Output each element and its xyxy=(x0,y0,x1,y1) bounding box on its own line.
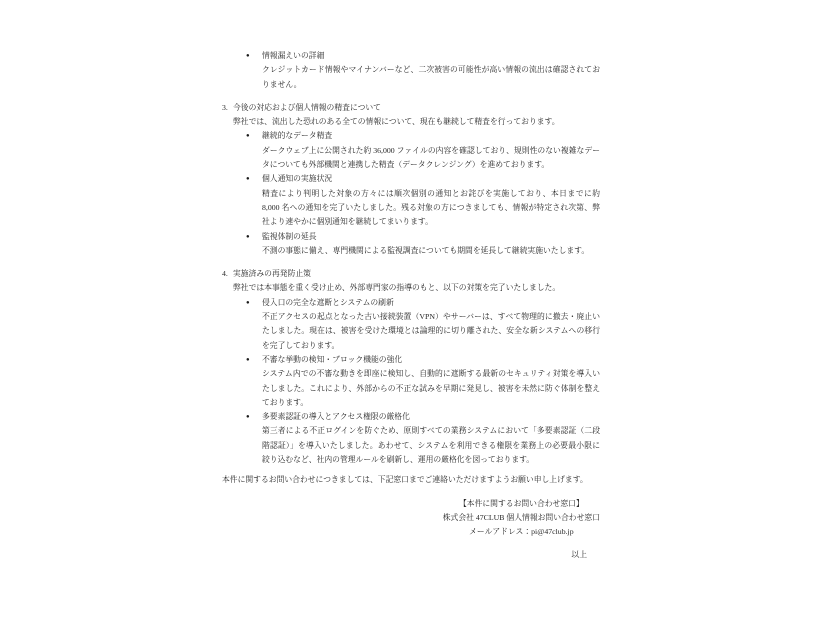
bullet-body-mfa-access-control: 第三者による不正ログインを防ぐため、原則すべての業務システムにおいて「多要素認証… xyxy=(262,424,600,467)
section-4-heading: 4. 実施済みの再発防止策 xyxy=(222,267,600,281)
end-mark: 以上 xyxy=(222,548,600,562)
bullet-body-data-review: ダークウェブ上に公開された約 36,000 ファイルの内容を確認しており、規則性… xyxy=(262,144,600,173)
bullet-title-leak-detail: 情報漏えいの詳細 xyxy=(262,49,600,63)
bullet-item-system-renewal: ● 侵入口の完全な遮断とシステムの刷新 不正アクセスの起点となった古い接続装置（… xyxy=(246,296,600,353)
section-future-response: 3. 今後の対応および個人情報の精査について 弊社では、流出した恐れのある全ての… xyxy=(222,101,600,258)
document-body: ● 情報漏えいの詳細 クレジットカード情報やマイナンバーなど、二次被害の可能性が… xyxy=(222,49,600,562)
section-4-intro: 弊社では本事態を重く受け止め、外部専門家の指導のもと、以下の対策を完了いたしまし… xyxy=(233,281,600,295)
bullet-item-monitoring-extension: ● 監視体制の延長 不測の事態に備え、専門機関による監視調査についても期間を延長… xyxy=(246,230,600,259)
bullet-icon: ● xyxy=(246,410,262,467)
section-3-intro: 弊社では、流出した恐れのある全ての情報について、現在も継続して精査を行っておりま… xyxy=(233,115,600,129)
bullet-item-data-review: ● 継続的なデータ精査 ダークウェブ上に公開された約 36,000 ファイルの内… xyxy=(246,129,600,172)
bullet-item-leak-detail: ● 情報漏えいの詳細 クレジットカード情報やマイナンバーなど、二次被害の可能性が… xyxy=(246,49,600,92)
section-3-body: 弊社では、流出した恐れのある全ての情報について、現在も継続して精査を行っておりま… xyxy=(233,115,600,258)
contact-email: メールアドレス：pi@47club.jp xyxy=(443,525,600,539)
section-prevention-measures: 4. 実施済みの再発防止策 弊社では本事態を重く受け止め、外部専門家の指導のもと… xyxy=(222,267,600,467)
section-3-number: 3. xyxy=(222,101,233,115)
bullet-icon: ● xyxy=(246,296,262,353)
bullet-body-monitoring-extension: 不測の事態に備え、専門機関による監視調査についても期間を延長して継続実施いたしま… xyxy=(262,244,600,258)
bullet-icon: ● xyxy=(246,129,262,172)
bullet-title-data-review: 継続的なデータ精査 xyxy=(262,129,600,143)
bullet-body-leak-detail: クレジットカード情報やマイナンバーなど、二次被害の可能性が高い情報の流出は確認さ… xyxy=(262,63,600,92)
bullet-item-mfa-access-control: ● 多要素認証の導入とアクセス権限の厳格化 第三者による不正ログインを防ぐため、… xyxy=(246,410,600,467)
bullet-body-system-renewal: 不正アクセスの起点となった古い接続装置（VPN）やサーバーは、すべて物理的に撤去… xyxy=(262,310,600,353)
bullet-body-individual-notice: 精査により判明した対象の方々には順次個別の通知とお詫びを実施しており、本日までに… xyxy=(262,187,600,230)
bullet-content-detection-block: 不審な挙動の検知・ブロック機能の強化 システム内での不審な動きを即座に検知し、自… xyxy=(262,353,600,410)
bullet-item-individual-notice: ● 個人通知の実施状況 精査により判明した対象の方々には順次個別の通知とお詫びを… xyxy=(246,172,600,229)
bullet-title-detection-block: 不審な挙動の検知・ブロック機能の強化 xyxy=(262,353,600,367)
bullet-item-detection-block: ● 不審な挙動の検知・ブロック機能の強化 システム内での不審な動きを即座に検知し… xyxy=(246,353,600,410)
bullet-body-detection-block: システム内での不審な動きを即座に検知し、自動的に遮断する最新のセキュリティ対策を… xyxy=(262,367,600,410)
bullet-icon: ● xyxy=(246,230,262,259)
closing-paragraph: 本件に関するお問い合わせにつきましては、下記窓口までご連絡いただけますようお願い… xyxy=(222,473,600,487)
bullet-icon: ● xyxy=(246,353,262,410)
contact-block: 【本件に関するお問い合わせ窓口】 株式会社 47CLUB 個人情報お問い合わせ窓… xyxy=(443,497,600,540)
bullet-icon: ● xyxy=(246,172,262,229)
bullet-content-monitoring-extension: 監視体制の延長 不測の事態に備え、専門機関による監視調査についても期間を延長して… xyxy=(262,230,600,259)
section-3-heading: 3. 今後の対応および個人情報の精査について xyxy=(222,101,600,115)
contact-heading: 【本件に関するお問い合わせ窓口】 xyxy=(443,497,600,511)
section-4-number: 4. xyxy=(222,267,233,281)
bullet-title-mfa-access-control: 多要素認証の導入とアクセス権限の厳格化 xyxy=(262,410,600,424)
bullet-content-leak-detail: 情報漏えいの詳細 クレジットカード情報やマイナンバーなど、二次被害の可能性が高い… xyxy=(262,49,600,92)
bullet-content-individual-notice: 個人通知の実施状況 精査により判明した対象の方々には順次個別の通知とお詫びを実施… xyxy=(262,172,600,229)
document-page: ● 情報漏えいの詳細 クレジットカード情報やマイナンバーなど、二次被害の可能性が… xyxy=(0,0,826,620)
bullet-content-data-review: 継続的なデータ精査 ダークウェブ上に公開された約 36,000 ファイルの内容を… xyxy=(262,129,600,172)
bullet-content-system-renewal: 侵入口の完全な遮断とシステムの刷新 不正アクセスの起点となった古い接続装置（VP… xyxy=(262,296,600,353)
section-4-title: 実施済みの再発防止策 xyxy=(233,267,311,281)
bullet-title-system-renewal: 侵入口の完全な遮断とシステムの刷新 xyxy=(262,296,600,310)
bullet-title-monitoring-extension: 監視体制の延長 xyxy=(262,230,600,244)
bullet-title-individual-notice: 個人通知の実施状況 xyxy=(262,172,600,186)
bullet-icon: ● xyxy=(246,49,262,92)
section-3-title: 今後の対応および個人情報の精査について xyxy=(233,101,381,115)
bullet-content-mfa-access-control: 多要素認証の導入とアクセス権限の厳格化 第三者による不正ログインを防ぐため、原則… xyxy=(262,410,600,467)
section-4-body: 弊社では本事態を重く受け止め、外部専門家の指導のもと、以下の対策を完了いたしまし… xyxy=(233,281,600,467)
contact-organization: 株式会社 47CLUB 個人情報お問い合わせ窓口 xyxy=(443,511,600,525)
